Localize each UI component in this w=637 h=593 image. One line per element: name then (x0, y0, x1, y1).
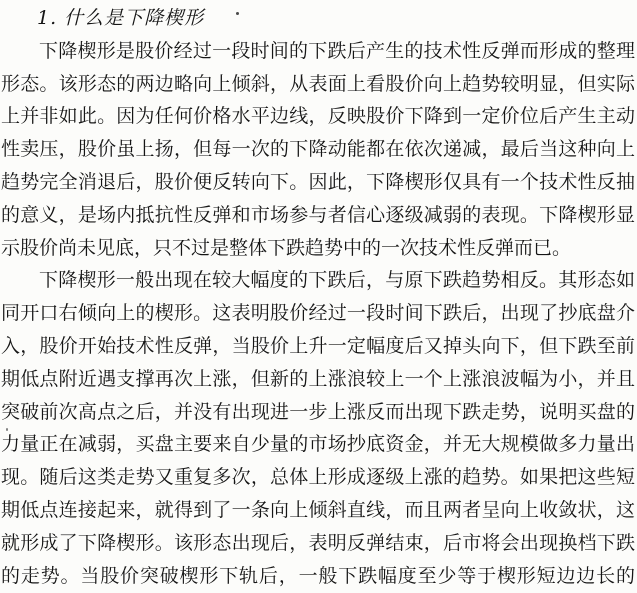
text-line: 期低点附近遇支撑再次上涨，但新的上涨浪较上一个上涨浪波幅为小，并且 (1, 363, 635, 396)
text-line: 上并非如此。因为任何价格水平边线，反映股价下降到一定价位后产生主动 (1, 100, 635, 133)
paragraph-1: 下降楔形是股价经过一段时间的下跌后产生的技术性反弹而形成的整理 形态。该形态的两… (1, 35, 635, 265)
text-line: 期低点连接起来，就得到了一条向上倾斜直线，而且两者呈向上收敛状，这 (1, 494, 635, 527)
text-line: 入，股价开始技术性反弹，当股价上升一定幅度后又掉头向下，但下跌至前 (1, 330, 635, 363)
text-line: 现。随后这类走势又重复多次，总体上形成逐级上涨的趋势。如果把这些短 (1, 461, 635, 494)
text-line: 形态。该形态的两边略向上倾斜，从表面上看股价向上趋势较明显，但实际 (1, 68, 635, 101)
text-line: 就形成了下降楔形。该形态出现后，表明反弹结束，后市将会出现换档下跌 (1, 527, 635, 560)
text-line: 的意义，是场内抵抗性反弹和市场参与者信心逐级减弱的表现。下降楔形显 (1, 199, 635, 232)
text-line: 示股价尚未见底，只不过是整体下跌趋势中的一次技术性反弹而已。 (1, 232, 635, 265)
text-line: 的走势。当股价突破楔形下轨后，一般下跌幅度至少等于楔形短边边长的 (1, 560, 635, 593)
text-line: 趋势完全消退后，股价便反转向下。因此，下降楔形仅具有一个技术性反抽 (1, 166, 635, 199)
paragraph-2: 下降楔形一般出现在较大幅度的下跌后，与原下跌趋势相反。其形态如 同开口右倾向上的… (1, 264, 635, 592)
section-heading: 1. 什么是下降楔形 (1, 2, 635, 35)
text-line: 下降楔形是股价经过一段时间的下跌后产生的技术性反弹而形成的整理 (1, 35, 635, 68)
text-line: 性卖压，股价虽上扬，但每一次的下降动能都在依次递减，最后当这种向上 (1, 133, 635, 166)
text-line: 突破前次高点之后，并没有出现进一步上涨反而出现下跌走势，说明买盘的 (1, 396, 635, 429)
scan-artifact-dot (236, 12, 239, 15)
document-page: 1. 什么是下降楔形 下降楔形是股价经过一段时间的下跌后产生的技术性反弹而形成的… (0, 0, 637, 593)
text-line: 同开口右倾向上的楔形。这表明股价经过一段时间下跌后，出现了抄底盘介 (1, 297, 635, 330)
text-line: 力量正在减弱，买盘主要来自少量的市场抄底资金，并无大规模做多力量出 (1, 428, 635, 461)
text-line: 下降楔形一般出现在较大幅度的下跌后，与原下跌趋势相反。其形态如 (1, 264, 635, 297)
scan-artifact-dot (6, 428, 8, 431)
